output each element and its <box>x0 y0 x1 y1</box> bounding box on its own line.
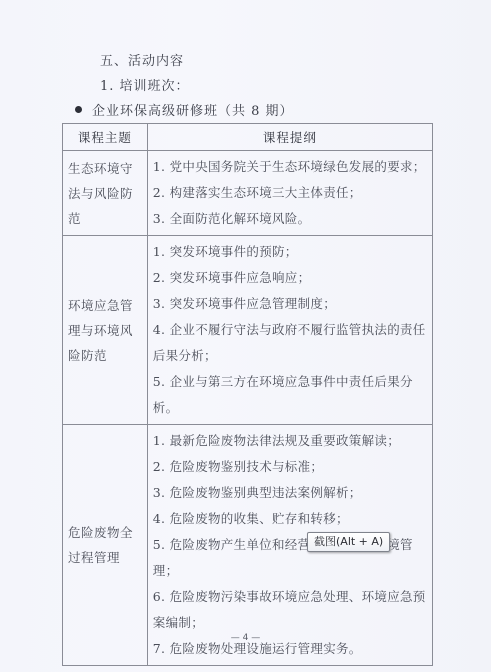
outline-item: 1. 突发环境事件的预防； <box>153 239 426 265</box>
table-row: 生态环境守法与风险防范 1. 党中央国务院关于生态环境绿色发展的要求； 2. 构… <box>63 151 433 236</box>
outline-item: 4. 企业不履行守法与政府不履行监管执法的责任后果分析； <box>153 317 426 369</box>
table-row: 环境应急管理与环境风险防范 1. 突发环境事件的预防； 2. 突发环境事件应急响… <box>63 236 433 425</box>
outline-item: 4. 危险废物的收集、贮存和转移； <box>153 506 426 532</box>
section-title: 五、活动内容 <box>100 50 184 69</box>
header-outline: 课程提纲 <box>147 124 432 151</box>
outline-item: 2. 构建落实生态环境三大主体责任； <box>153 180 426 206</box>
page-number: — 4 — <box>0 633 491 643</box>
outline-item: 6. 危险废物污染事故环境应急处理、环境应急预案编制； <box>153 584 426 636</box>
bullet-item-text: 企业环保高级研修班（共 8 期） <box>92 100 294 119</box>
topic-cell: 生态环境守法与风险防范 <box>63 151 148 236</box>
outline-item: 1. 党中央国务院关于生态环境绿色发展的要求； <box>153 154 426 180</box>
outline-item: 3. 全面防范化解环境风险。 <box>153 206 426 232</box>
outline-item: 5. 企业与第三方在环境应急事件中责任后果分析。 <box>153 369 426 421</box>
outline-item: 2. 危险废物鉴别技术与标准； <box>153 454 426 480</box>
topic-cell: 环境应急管理与环境风险防范 <box>63 236 148 425</box>
outline-item: 1. 最新危险废物法律法规及重要政策解读； <box>153 428 426 454</box>
topic-cell: 危险废物全过程管理 <box>63 425 148 666</box>
outline-item: 3. 突发环境事件应急管理制度； <box>153 291 426 317</box>
outline-item: 2. 突发环境事件应急响应； <box>153 265 426 291</box>
sub-title: 1. 培训班次： <box>100 75 190 94</box>
header-topic: 课程主题 <box>63 124 148 151</box>
screenshot-tooltip: 截图(Alt + A) <box>307 532 390 552</box>
course-table: 课程主题 课程提纲 生态环境守法与风险防范 1. 党中央国务院关于生态环境绿色发… <box>62 123 433 666</box>
outline-cell: 1. 突发环境事件的预防； 2. 突发环境事件应急响应； 3. 突发环境事件应急… <box>147 236 432 425</box>
table-header-row: 课程主题 课程提纲 <box>63 124 433 151</box>
outline-item: 3. 危险废物鉴别典型违法案例解析； <box>153 480 426 506</box>
document-page: 五、活动内容 1. 培训班次： 企业环保高级研修班（共 8 期） 课程主题 课程… <box>0 0 491 672</box>
bullet-item: 企业环保高级研修班（共 8 期） <box>75 100 294 119</box>
outline-cell: 1. 党中央国务院关于生态环境绿色发展的要求； 2. 构建落实生态环境三大主体责… <box>147 151 432 236</box>
bullet-dot-icon <box>75 106 82 113</box>
